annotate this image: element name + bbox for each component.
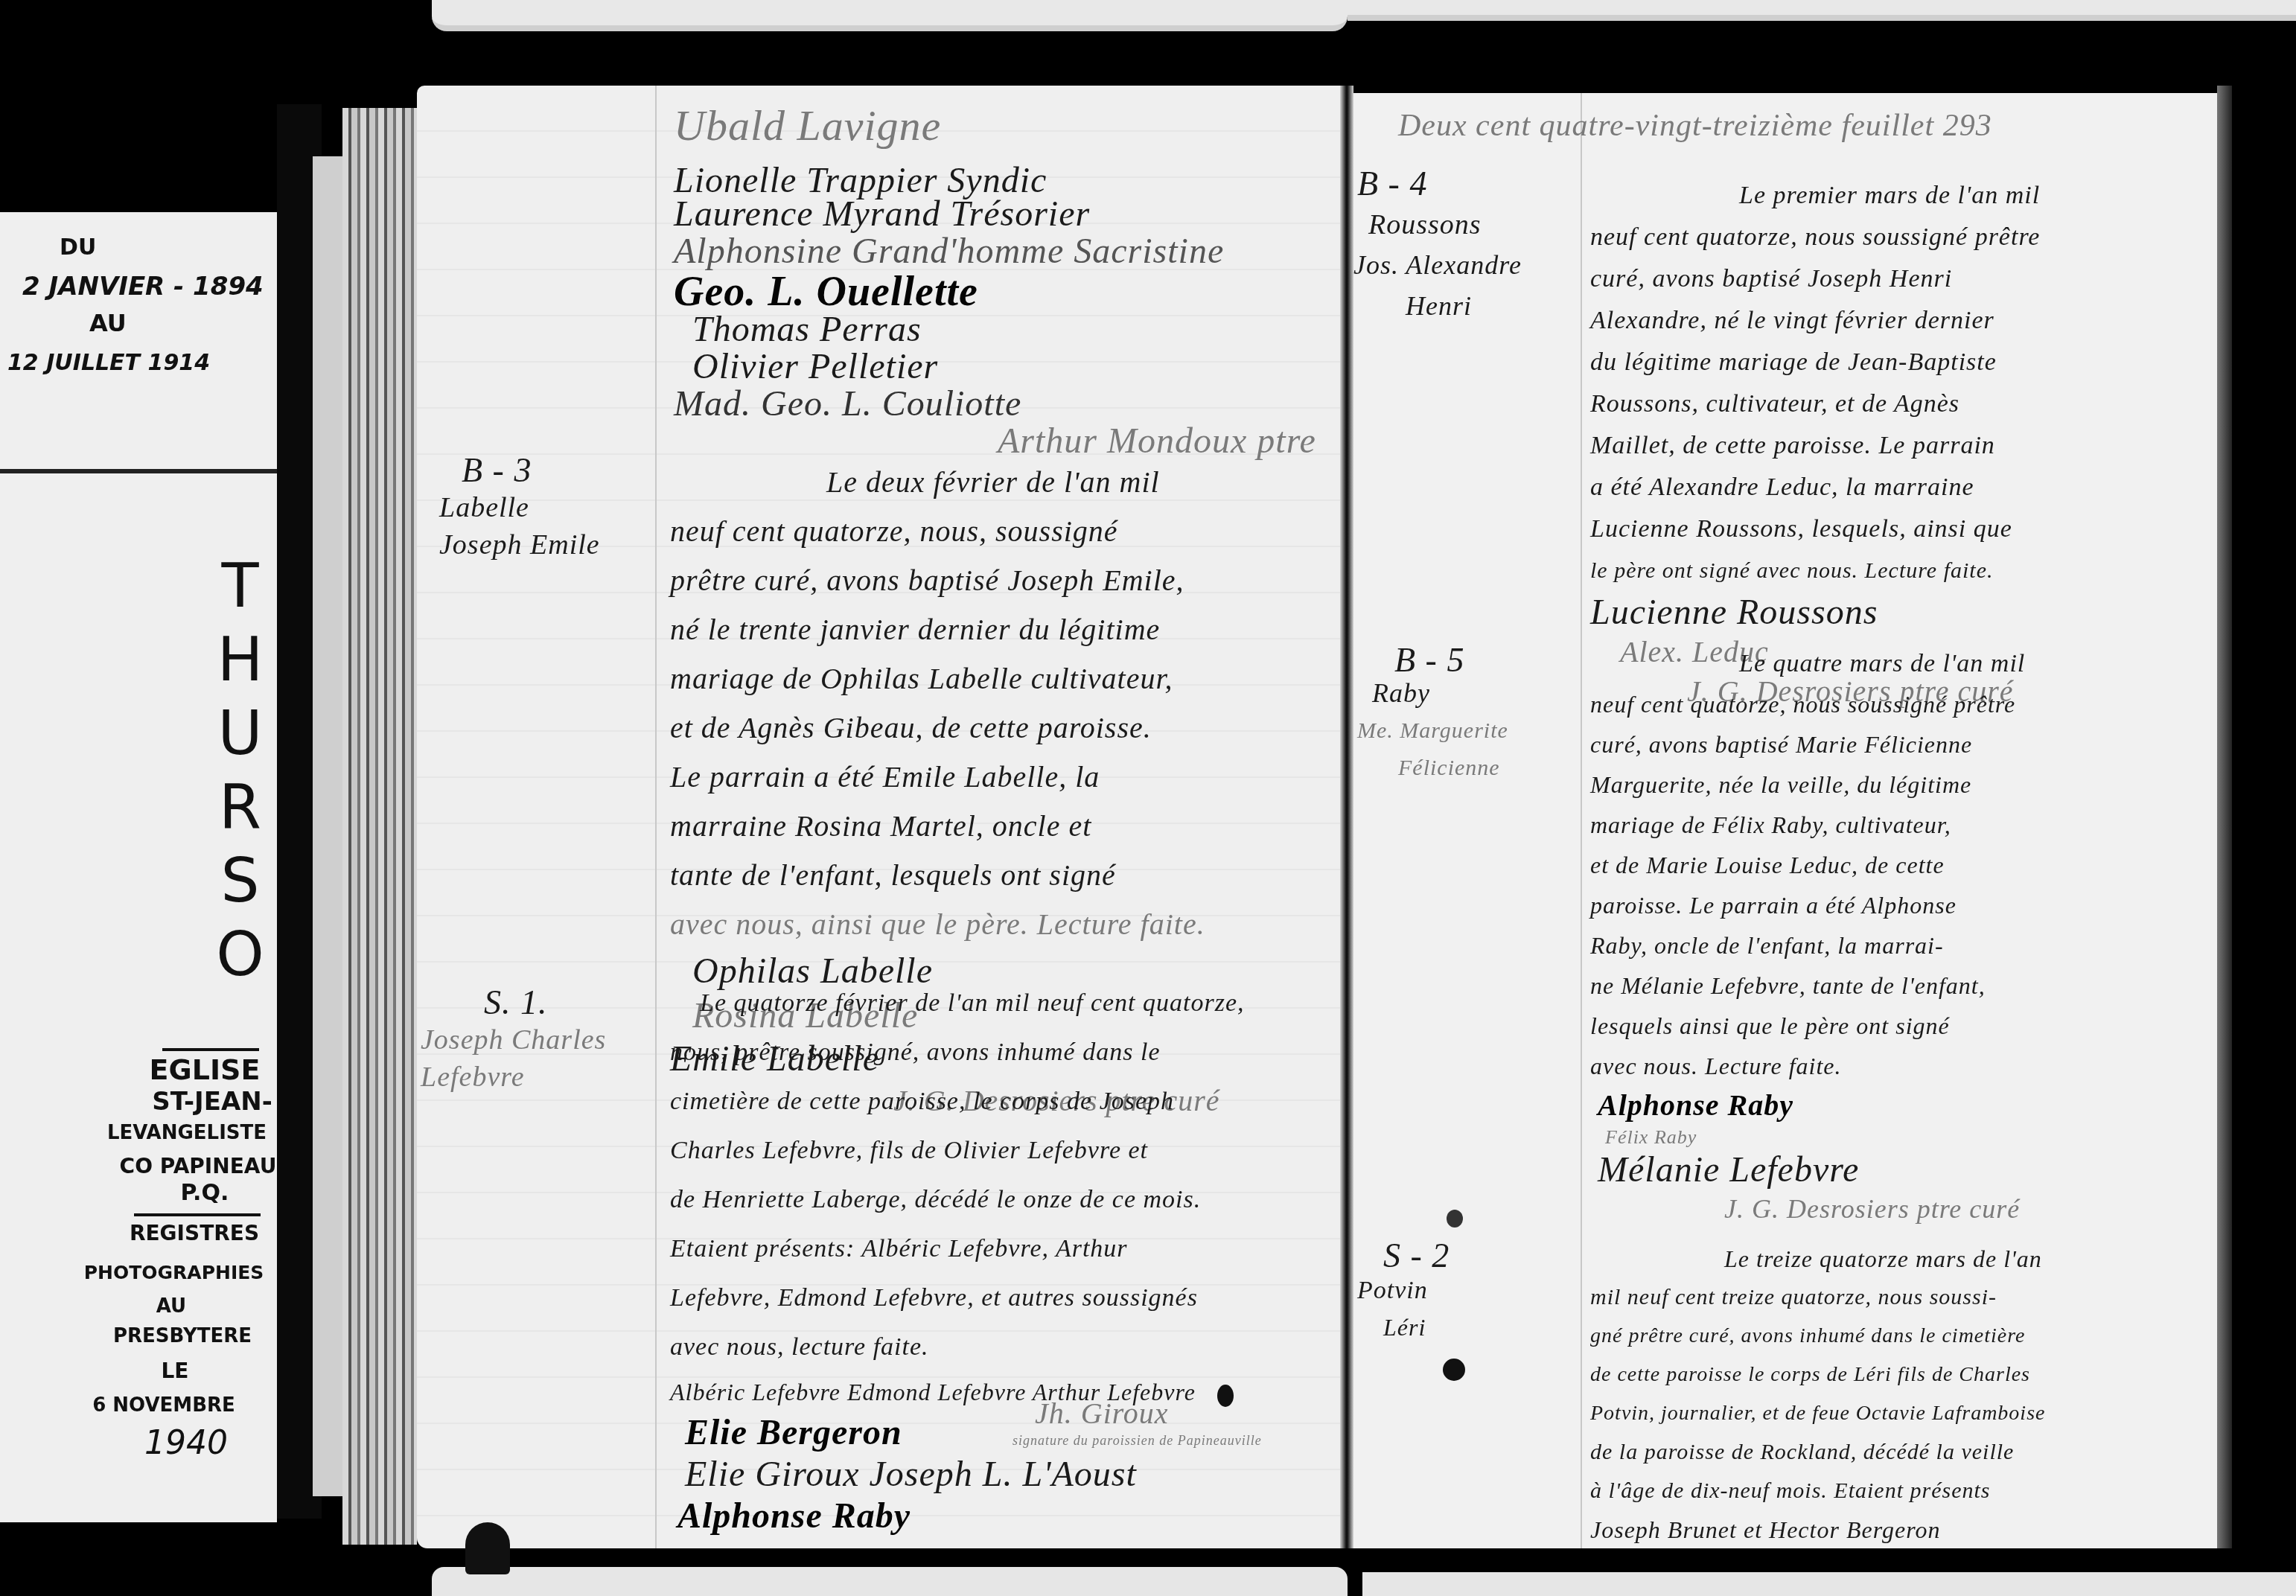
signature-line: Elie Giroux Joseph L. L'Aoust xyxy=(670,1454,1340,1496)
right-page-fore-edge xyxy=(2217,86,2232,1548)
entry-text-line: Le deux février de l'an mil xyxy=(670,458,1340,507)
card-levangeliste: LEVANGELISTE xyxy=(97,1122,277,1144)
entry-text-line: né le trente janvier dernier du légitime xyxy=(670,605,1340,654)
entry-text-line: Lefebvre, Edmond Lefebvre, et autres sou… xyxy=(670,1274,1340,1323)
entry-label: B - 5 xyxy=(1394,640,1464,680)
entry-text-line: Marguerite, née la veille, du légitime xyxy=(1590,765,2216,805)
entry-given-names: Léri xyxy=(1383,1314,1426,1341)
card-year: 1940 xyxy=(130,1424,242,1462)
entry-surname: Raby xyxy=(1372,677,1430,709)
entry-text-line: avec nous. Lecture faite. xyxy=(1590,1046,2216,1086)
entry-given-names: Jos. Alexandre xyxy=(1353,249,1522,281)
right-page-margin-rule xyxy=(1581,93,1582,1548)
signature-line: Mad. Geo. L. Couliotte xyxy=(674,383,1021,424)
entry-text-line: neuf cent quatorze, nous, soussigné xyxy=(670,507,1340,556)
signature-line: Thomas Perras xyxy=(692,309,922,350)
entry-text-line: cimetière de cette paroisse, le corps de… xyxy=(670,1077,1340,1126)
ink-blot xyxy=(1443,1359,1465,1381)
signature-line: Laurence Myrand Trésorier xyxy=(674,194,1090,234)
entry-given-names: Félicienne xyxy=(1398,756,1500,781)
entry-text-line: mariage de Ophilas Labelle cultivateur, xyxy=(670,654,1340,703)
entry-text-line: du légitime mariage de Jean-Baptiste xyxy=(1590,342,2216,383)
page-header-folio: Deux cent quatre-vingt-treizième feuille… xyxy=(1398,108,1992,144)
entry-body: Le quatre mars de l'an mil neuf cent qua… xyxy=(1590,644,2216,1228)
card-place: THURSO xyxy=(216,551,268,993)
signature-line: Albéric Lefebvre Edmond Lefebvre Arthur … xyxy=(670,1372,1340,1412)
entry-text-line: mariage de Félix Raby, cultivateur, xyxy=(1590,805,2216,845)
signature-line: Ubald Lavigne xyxy=(674,100,941,150)
entry-text-line: a été Alexandre Leduc, la marraine xyxy=(1590,467,2216,508)
bottom-page-strip-left xyxy=(432,1567,1348,1596)
entry-text-line: Charles Lefebvre, fils de Olivier Lefebv… xyxy=(670,1126,1340,1175)
entry-text-line: neuf cent quatorze, nous soussigné prêtr… xyxy=(1590,217,2216,258)
entry-label: B - 4 xyxy=(1357,164,1427,203)
entry-text-line: Le parrain a été Emile Labelle, la xyxy=(670,753,1340,802)
signature-note: signature du paroissien de Papineauville xyxy=(1013,1433,1262,1449)
entry-label: B - 3 xyxy=(462,450,532,490)
entry-surname: Lefebvre xyxy=(421,1061,525,1094)
ink-blot xyxy=(1447,1210,1463,1228)
entry-text-line: à l'âge de dix-neuf mois. Etaient présen… xyxy=(1590,1472,2216,1510)
entry-given-names: Henri xyxy=(1406,290,1472,322)
left-page: Ubald Lavigne Lionelle Trappier Syndic L… xyxy=(417,86,1344,1548)
entry-text-line: Potvin, journalier, et de feue Octavie L… xyxy=(1590,1394,2216,1433)
entry-text-line: de la paroisse de Rockland, décédé la ve… xyxy=(1590,1433,2216,1472)
signature-line: Alphonsine Grand'homme Sacristine xyxy=(674,231,1224,272)
right-page: Deux cent quatre-vingt-treizième feuille… xyxy=(1353,93,2217,1548)
entry-text-line: neuf cent quatorze, nous soussigné prêtr… xyxy=(1590,684,2216,724)
signature-line: Lucienne Roussons xyxy=(1590,592,2216,633)
card-divider-1 xyxy=(162,1048,259,1051)
card-registres: REGISTRES xyxy=(112,1221,277,1245)
entry-text-line: Joseph Brunet et Hector Bergeron xyxy=(1590,1510,2216,1549)
card-pq: P.Q. xyxy=(149,1180,261,1206)
entry-text-line: Le treize quatorze mars de l'an xyxy=(1590,1239,2216,1278)
entry-surname: Labelle xyxy=(439,491,529,524)
book-gutter xyxy=(1340,86,1353,1548)
signature-line: Mélanie Lefebvre xyxy=(1590,1150,2216,1190)
card-papineau: CO PAPINEAU xyxy=(119,1154,277,1178)
card-start-date: 2 JANVIER - 1894 xyxy=(22,272,264,301)
entry-text-line: Raby, oncle de l'enfant, la marrai- xyxy=(1590,925,2216,965)
entry-text-line: Alexandre, né le vingt février dernier xyxy=(1590,300,2216,342)
entry-text-line: prêtre curé, avons baptisé Joseph Emile, xyxy=(670,556,1340,605)
entry-text-line: de cette paroisse le corps de Léri fils … xyxy=(1590,1356,2216,1394)
entry-text-line: curé, avons baptisé Joseph Henri xyxy=(1590,258,2216,300)
entry-body: Le premier mars de l'an mil neuf cent qu… xyxy=(1590,175,2216,712)
entry-label: S. 1. xyxy=(484,983,548,1022)
entry-body: Le quatorze février de l'an mil neuf cen… xyxy=(670,979,1340,1537)
entry-text-line: de Henriette Laberge, décédé le onze de … xyxy=(670,1175,1340,1225)
card-photographies: PHOTOGRAPHIES xyxy=(71,1262,277,1283)
card-au: AU xyxy=(89,309,127,337)
bottom-page-strip-right xyxy=(1362,1572,2296,1596)
signature-line: Alphonse Raby xyxy=(1590,1086,2216,1125)
entry-text-line: Maillet, de cette paroisse. Le parrain xyxy=(1590,425,2216,467)
book-page-edges xyxy=(342,108,417,1545)
entry-text-line: ne Mélanie Lefebvre, tante de l'enfant, xyxy=(1590,965,2216,1006)
entry-label: S - 2 xyxy=(1383,1236,1450,1275)
entry-given-names: Joseph Emile xyxy=(439,529,600,561)
entry-given-names: Joseph Charles xyxy=(421,1024,606,1056)
left-page-margin-rule xyxy=(655,86,657,1548)
signature-line: Jh. Giroux xyxy=(1035,1396,1169,1431)
entry-text-line: mil neuf cent treize quatorze, nous sous… xyxy=(1590,1278,2216,1317)
entry-surname: Roussons xyxy=(1368,208,1482,241)
entry-text-line: et de Agnès Gibeau, de cette paroisse. xyxy=(670,703,1340,753)
entry-text-line: le père ont signé avec nous. Lecture fai… xyxy=(1590,550,2216,592)
entry-text-line: lesquels ainsi que le père ont signé xyxy=(1590,1006,2216,1046)
entry-text-line: Etaient présents: Albéric Lefebvre, Arth… xyxy=(670,1225,1340,1274)
entry-text-line: Le premier mars de l'an mil xyxy=(1590,175,2216,217)
card-6-novembre: 6 NOVEMBRE xyxy=(63,1394,264,1417)
entry-given-names: Me. Marguerite xyxy=(1357,718,1508,744)
entry-text-line: Le quatre mars de l'an mil xyxy=(1590,644,2216,684)
card-presbytere: PRESBYTERE xyxy=(88,1325,277,1347)
signature-line: Alphonse Raby xyxy=(670,1496,1340,1537)
entry-text-line: avec nous, ainsi que le père. Lecture fa… xyxy=(670,900,1340,949)
entry-text-line: curé, avons baptisé Marie Félicienne xyxy=(1590,724,2216,765)
entry-text-line: gné prêtre curé, avons inhumé dans le ci… xyxy=(1590,1317,2216,1356)
entry-body: Le treize quatorze mars de l'an mil neuf… xyxy=(1590,1239,2216,1549)
card-end-date: 12 JUILLET 1914 xyxy=(7,350,210,376)
signature-line: Félix Raby xyxy=(1590,1125,2216,1150)
card-eglise: EGLISE xyxy=(134,1053,275,1086)
entry-text-line: avec nous, lecture faite. xyxy=(670,1323,1340,1372)
entry-text-line: Le quatorze février de l'an mil neuf cen… xyxy=(670,979,1340,1028)
entry-text-line: Roussons, cultivateur, et de Agnès xyxy=(1590,383,2216,425)
target-card: DU 2 JANVIER - 1894 AU 12 JUILLET 1914 T… xyxy=(0,212,277,1522)
ink-blot xyxy=(1217,1385,1234,1407)
entry-text-line: paroisse. Le parrain a été Alphonse xyxy=(1590,885,2216,925)
entry-text-line: Lucienne Roussons, lesquels, ainsi que xyxy=(1590,508,2216,550)
signature-line: J. G. Desrosiers ptre curé xyxy=(1590,1190,2216,1228)
entry-text-line: et de Marie Louise Leduc, de cette xyxy=(1590,845,2216,885)
entry-text-line: marraine Rosina Martel, oncle et xyxy=(670,802,1340,851)
signature-line: Arthur Mondoux ptre xyxy=(998,421,1316,462)
card-le: LE xyxy=(153,1359,197,1383)
entry-text-line: nous, prêtre soussigné, avons inhumé dan… xyxy=(670,1028,1340,1077)
card-top-section: DU 2 JANVIER - 1894 AU 12 JUILLET 1914 xyxy=(0,212,277,473)
book-cover-edge xyxy=(313,156,342,1496)
top-page-strip-right xyxy=(1348,0,2296,21)
card-st-jean: ST-JEAN- xyxy=(141,1087,283,1117)
top-page-strip-left xyxy=(432,0,1348,31)
signature-line: Olivier Pelletier xyxy=(692,346,938,387)
entry-surname: Potvin xyxy=(1357,1277,1428,1305)
card-du: DU xyxy=(60,234,96,261)
binding-clip xyxy=(465,1522,510,1574)
entry-text-line: tante de l'enfant, lesquels ont signé xyxy=(670,851,1340,900)
card-divider-2 xyxy=(134,1213,261,1216)
card-au-2: AU xyxy=(149,1295,194,1318)
